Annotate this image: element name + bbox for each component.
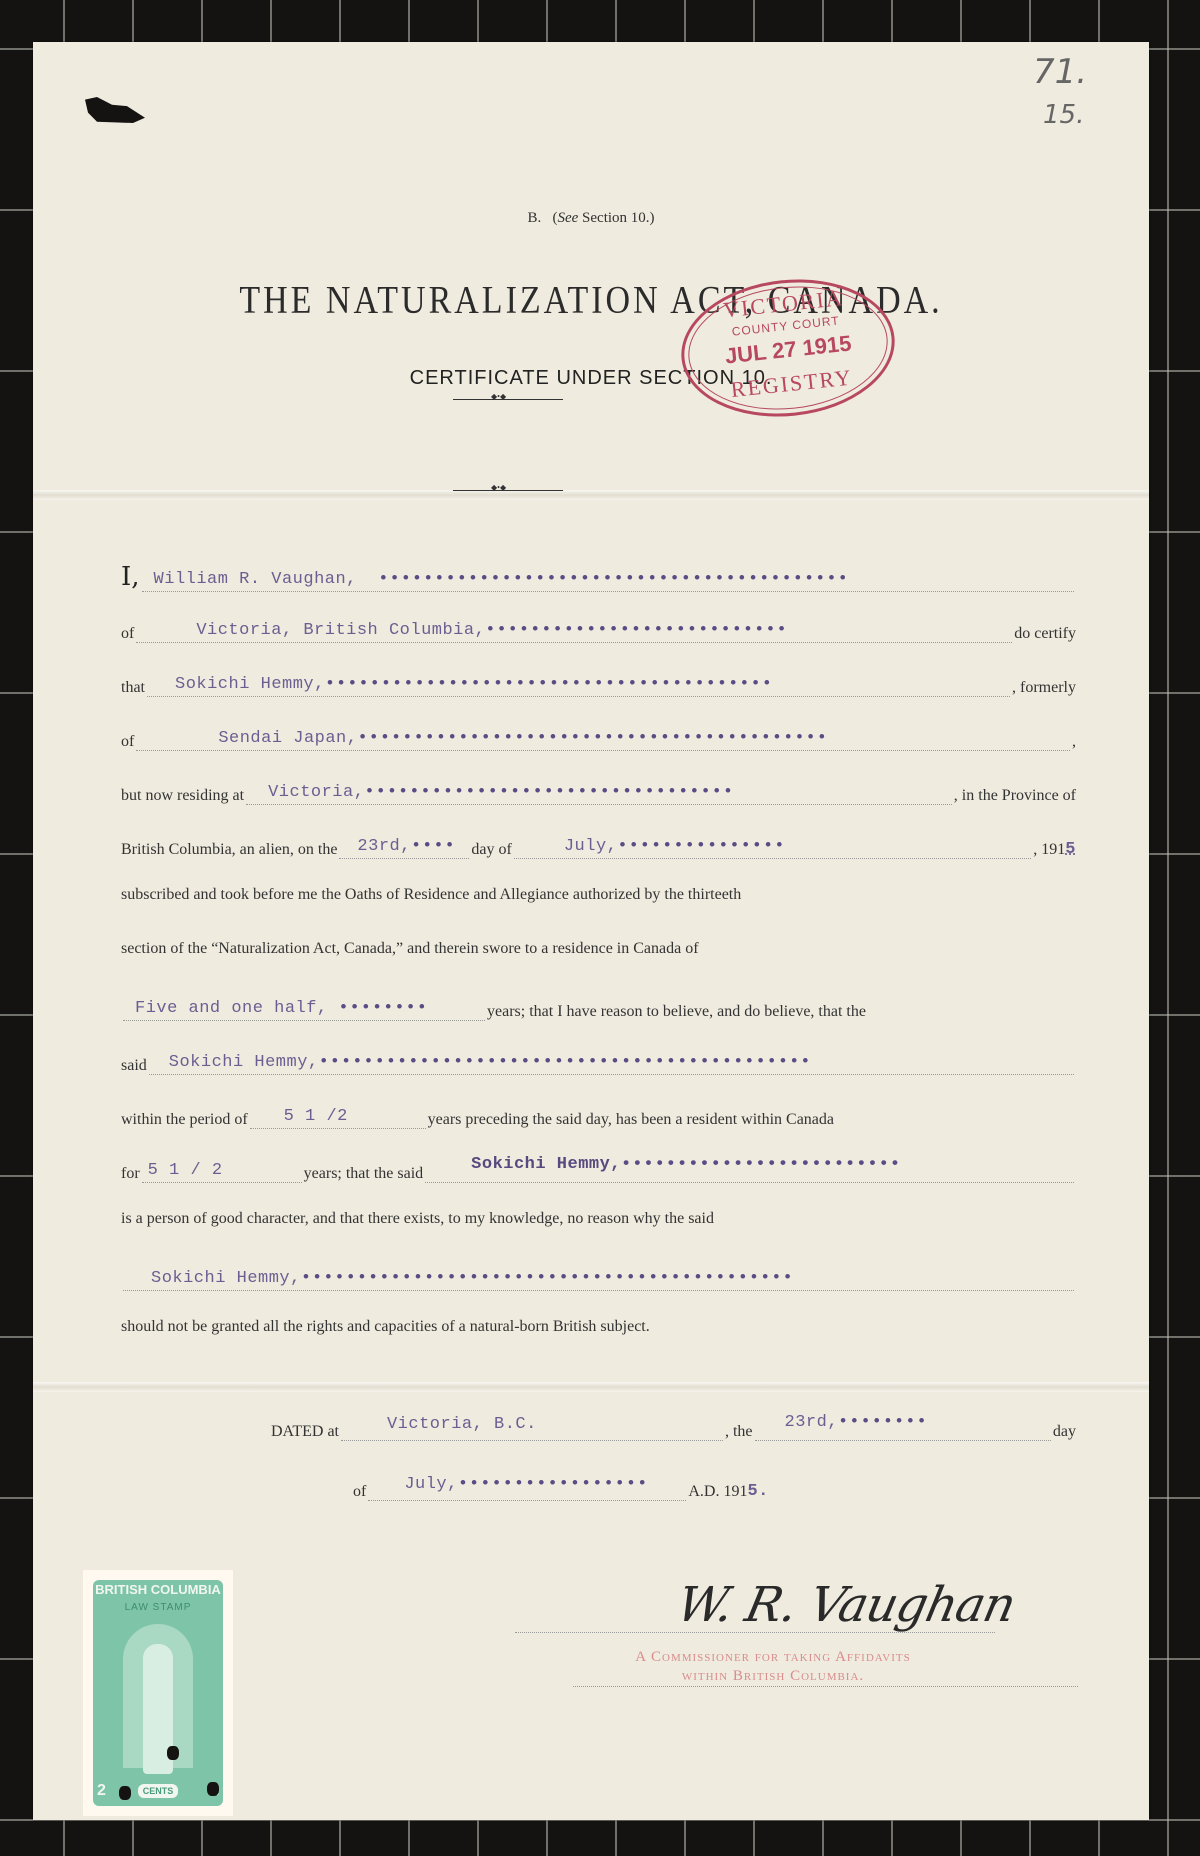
- body-text-line: is a person of good character, and that …: [121, 1210, 1076, 1228]
- punch-hole: [207, 1782, 219, 1796]
- commissioner-title-line1: A Commissioner for taking Affidavits: [513, 1649, 1033, 1666]
- oath-day-field: 23rd,••••: [339, 832, 469, 859]
- dated-place-field: Victoria, B.C.: [341, 1414, 723, 1441]
- body-text-line: should not be granted all the rights and…: [121, 1318, 1076, 1336]
- ornament-divider: [453, 490, 563, 491]
- dated-day-field: 23rd,••••••••: [755, 1414, 1051, 1441]
- residence-duration-line: Five and one half, •••••••• years; that …: [121, 994, 1076, 1021]
- former-residence-field: Sendai Japan,•••••••••••••••••••••••••••…: [136, 724, 1070, 751]
- paper-hole: [85, 97, 145, 123]
- body-text-line: subscribed and took before me the Oaths …: [121, 886, 1076, 904]
- former-residence-line: of Sendai Japan,••••••••••••••••••••••••…: [121, 724, 1076, 751]
- applicant-name-line-4: Sokichi Hemmy,••••••••••••••••••••••••••…: [121, 1264, 1076, 1291]
- deponent-name-field: William R. Vaughan, ••••••••••••••••••••…: [142, 565, 1074, 592]
- fold-line-bottom: [33, 1382, 1149, 1392]
- fold-line-top: [33, 490, 1149, 500]
- handwritten-annotation-bottom: 15.: [1043, 100, 1084, 130]
- oath-month-field: July,•••••••••••••••: [514, 832, 1031, 859]
- punch-hole: [119, 1786, 131, 1800]
- punch-hole: [167, 1746, 179, 1760]
- ornament-divider: [453, 399, 563, 400]
- applicant-name-line-2: said Sokichi Hemmy,•••••••••••••••••••••…: [121, 1048, 1076, 1075]
- justice-figure-arch: [123, 1624, 193, 1768]
- applicant-name-field-4: Sokichi Hemmy,••••••••••••••••••••••••••…: [123, 1264, 1074, 1291]
- period-field: 5 1 /2: [250, 1102, 426, 1129]
- residence-duration-field: Five and one half, ••••••••: [123, 994, 485, 1021]
- law-stamp: BRITISH COLUMBIA LAW STAMP 2 CENTS 2: [83, 1570, 233, 1816]
- body-text-line: section of the “Naturalization Act, Cana…: [121, 940, 1076, 958]
- section-reference: B. (See Section 10.): [33, 210, 1149, 227]
- residency-years-field: 5 1 / 2: [142, 1156, 302, 1183]
- current-residence-line: but now residing at Victoria,•••••••••••…: [121, 778, 1076, 805]
- applicant-name-field-2: Sokichi Hemmy,••••••••••••••••••••••••••…: [149, 1048, 1074, 1075]
- document-title: THE NATURALIZATION ACT, CANADA.: [33, 279, 1149, 323]
- current-residence-field: Victoria,•••••••••••••••••••••••••••••••…: [246, 778, 952, 805]
- commissioner-line: [573, 1686, 1078, 1687]
- dated-month-line: of July,••••••••••••••••• A.D. 1915.: [353, 1474, 753, 1501]
- certificate-paper: 71. 15. B. (See Section 10.) THE NATURAL…: [33, 42, 1149, 1820]
- commissioner-signature: W. R. Vaughan: [672, 1577, 1020, 1633]
- deponent-line: I, William R. Vaughan, •••••••••••••••••…: [121, 562, 1076, 592]
- oath-date-line: British Columbia, an alien, on the 23rd,…: [121, 832, 1076, 859]
- residency-line: for 5 1 / 2 years; that the said Sokichi…: [121, 1156, 1076, 1183]
- dated-month-field: July,•••••••••••••••••: [368, 1474, 686, 1501]
- deponent-residence-field: Victoria, British Columbia,•••••••••••••…: [136, 616, 1012, 643]
- handwritten-annotation-top: 71.: [1033, 52, 1087, 92]
- commissioner-title-line2: within British Columbia.: [513, 1668, 1033, 1685]
- dated-line: DATED at Victoria, B.C. , the 23rd,•••••…: [271, 1414, 1076, 1441]
- applicant-name-field-3: Sokichi Hemmy,•••••••••••••••••••••••••: [425, 1156, 1074, 1183]
- applicant-name-field: Sokichi Hemmy,••••••••••••••••••••••••••…: [147, 670, 1010, 697]
- signature-line: [515, 1632, 995, 1633]
- certificate-subtitle: CERTIFICATE UNDER SECTION 10.: [33, 367, 1149, 390]
- applicant-name-line: that Sokichi Hemmy,•••••••••••••••••••••…: [121, 670, 1076, 697]
- deponent-residence-line: of Victoria, British Columbia,••••••••••…: [121, 616, 1076, 643]
- period-line: within the period of 5 1 /2 years preced…: [121, 1102, 1076, 1129]
